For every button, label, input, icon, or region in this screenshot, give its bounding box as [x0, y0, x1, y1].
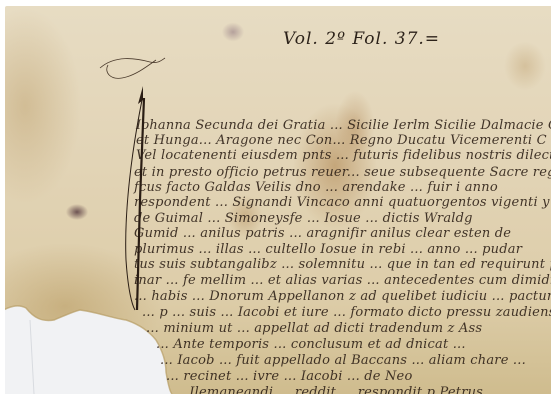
manuscript-line: ... recinet ... ivre ... Iacobi ... de N… — [166, 369, 412, 384]
manuscript-line: inar ... fe mellim ... et alias varias .… — [134, 273, 551, 288]
manuscript-line: ... p ... suis ... Iacobi et iure ... fo… — [142, 305, 551, 320]
manuscript-line: et in presto officio petrus reuer... seu… — [134, 165, 551, 180]
manuscript-line: ... Ante temporis ... conclusum et ad dn… — [156, 337, 466, 352]
manuscript-line: ... habis ... Dnorum Appellanon z ad que… — [134, 289, 551, 304]
manuscript-line: ... Iacob ... fuit appellado al Baccans … — [160, 353, 526, 368]
manuscript-line: de Guimal ... Simoneysfe ... Iosue ... d… — [134, 211, 473, 226]
manuscript-line: tus suis subtangalibz ... solemnitu ... … — [134, 257, 551, 272]
manuscript-line: respondent ... Signandi Vincaco anni qua… — [134, 195, 551, 210]
manuscript-line: ... Ilemaneandi ... reddit ... respondit… — [172, 385, 500, 394]
shelfmark-annotation: Vol. 2º Fol. 37.= — [283, 29, 440, 49]
manuscript-line: plurimus ... illas ... cultello Iosue in… — [134, 242, 522, 257]
manuscript-line: Gumid ... anilus patris ... aragnifir an… — [134, 226, 511, 241]
manuscript-line: ... minium ut ... appellat ad dicti trad… — [146, 321, 482, 336]
manuscript-line: fcus facto Galdas Veilis dno ... arendak… — [134, 180, 498, 195]
manuscript-line: et Hunga... Aragone nec Con... Regno Duc… — [136, 133, 547, 148]
manuscript-line: Iohanna Secunda dei Gratia ... Sicilie I… — [136, 118, 551, 133]
manuscript-line: Vel locatenenti eiusdem pnts ... futuris… — [136, 148, 551, 163]
